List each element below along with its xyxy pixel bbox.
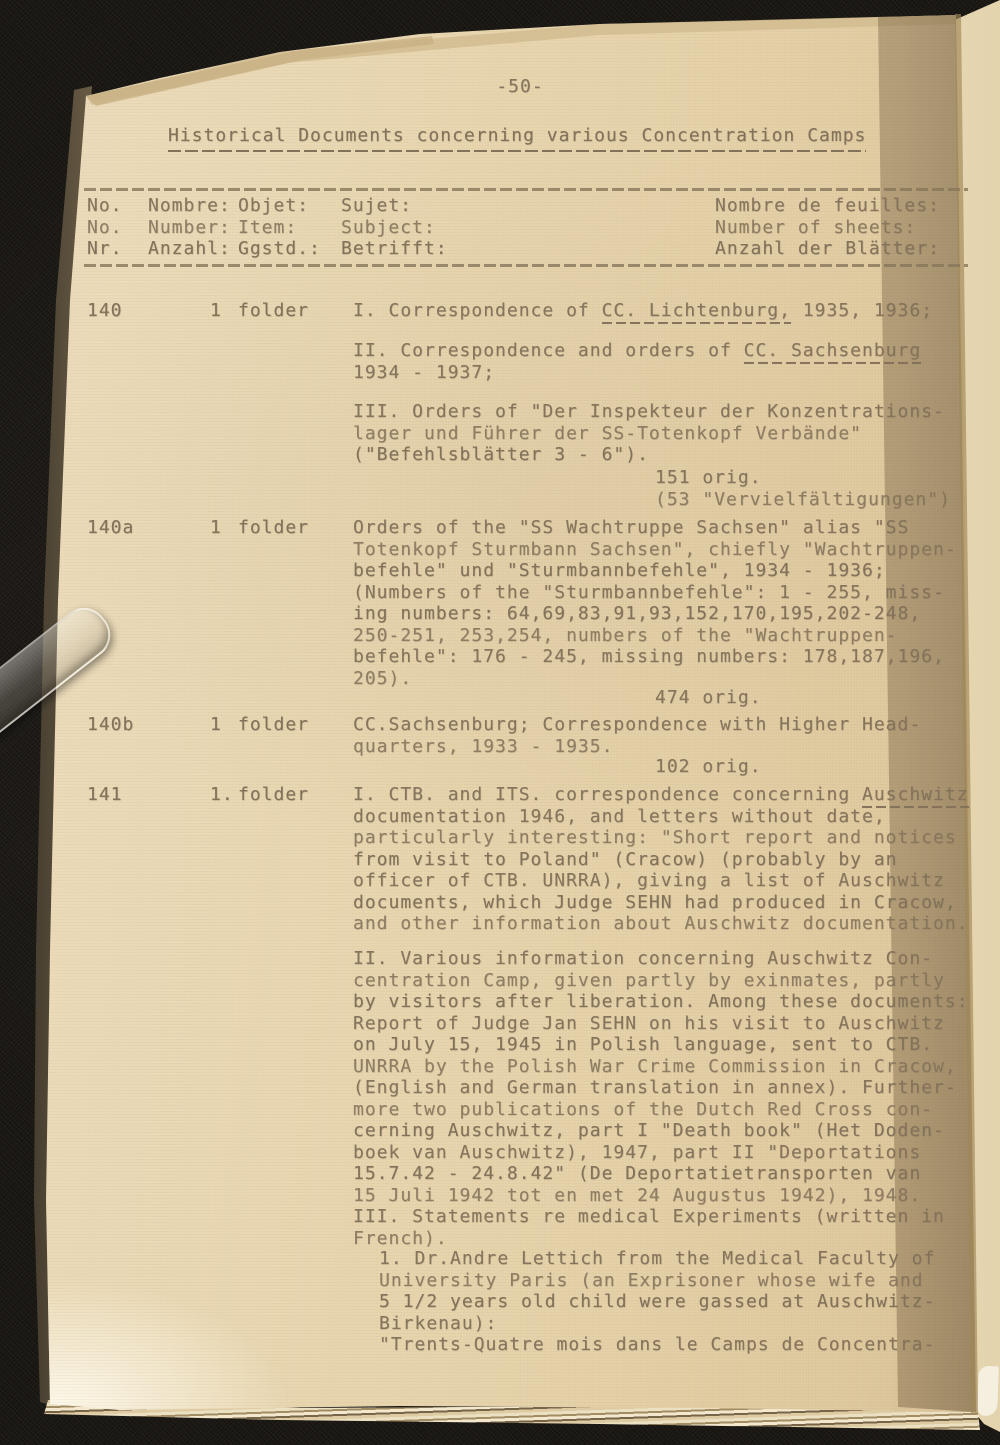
entry-subject: CC.Sachsenburg; Correspondence with High… [353, 714, 993, 757]
entry-item: folder [238, 300, 309, 321]
text-line: more two publications of the Dutch Red C… [353, 1099, 993, 1121]
text-line: III. Statements re medical Experiments (… [353, 1206, 993, 1228]
text-line: 102 orig. [655, 756, 762, 778]
text-line: 151 orig. [655, 467, 951, 489]
text-line: documentation 1946, and letters without … [353, 806, 993, 828]
column-header-no: No.No.Nr. [87, 195, 123, 260]
entry-subject: III. Statements re medical Experiments (… [353, 1206, 993, 1249]
text-line: French). [353, 1228, 993, 1250]
text-line: quarters, 1933 - 1935. [353, 736, 993, 758]
entry-number: 140a [87, 517, 134, 538]
text-line: befehle" und "Sturmbannbefehle", 1934 - … [353, 560, 993, 582]
text-line: Sujet: [341, 195, 448, 217]
text-line: Ggstd.: [238, 238, 321, 260]
text-line: Number: [148, 217, 231, 239]
column-header-item: Objet:Item:Ggstd.: [238, 195, 321, 260]
text-line: III. Orders of "Der Inspekteur der Konze… [353, 401, 993, 423]
text-line: 15.7.42 - 24.8.42" (De Deportatietranspo… [353, 1163, 993, 1185]
sheet-count: 474 orig. [655, 687, 762, 709]
text-line: Nr. [87, 238, 123, 260]
page-number: -50- [470, 76, 570, 98]
text-line: Objet: [238, 195, 321, 217]
text-line: (Numbers of the "Sturmbannbefehle": 1 - … [353, 582, 993, 604]
text-line: boek van Auschwitz), 1947, part II "Depo… [353, 1142, 993, 1164]
scanned-archive-page-photo: -50- Historical Documents concerning var… [0, 0, 1000, 1445]
text-line: 250-251, 253,254, numbers of the "Wachtr… [353, 625, 993, 647]
entry-number: 140b [87, 714, 134, 735]
text-line: Totenkopf Sturmbann Sachsen", chiefly "W… [353, 539, 993, 561]
text-line: on July 15, 1945 in Polish language, sen… [353, 1034, 993, 1056]
entry-subject-quote: "Trents-Quatre mois dans le Camps de Con… [379, 1334, 993, 1356]
entry-quantity: 1 [210, 300, 222, 321]
text-line: ("Befehlsblätter 3 - 6"). [353, 444, 993, 466]
text-line: Anzahl der Blätter: [715, 238, 940, 260]
text-line: CC.Sachsenburg; Correspondence with High… [353, 714, 993, 736]
text-line: "Trents-Quatre mois dans le Camps de Con… [379, 1334, 993, 1356]
text-line: Birkenau): [379, 1313, 993, 1335]
entry-subject: Orders of the "SS Wachtruppe Sachsen" al… [353, 517, 993, 689]
text-line: 1. Dr.Andre Lettich from the Medical Fac… [379, 1248, 993, 1270]
text-line: centration Camp, given partly by exinmat… [353, 970, 993, 992]
entry-quantity: 1 [210, 714, 222, 735]
text-line: 15 Juli 1942 tot en met 24 Augustus 1942… [353, 1185, 993, 1207]
text-line: (53 "Vervielfältigungen") [655, 489, 951, 511]
adjacent-page-corner [977, 1366, 999, 1417]
text-line: Nombre de feuilles: [715, 195, 940, 217]
text-line: I. CTB. and ITS. correspondence concerni… [353, 784, 993, 806]
entry-subject: II. Correspondence and orders of CC. Sac… [353, 340, 993, 383]
header-rule-top [84, 188, 968, 191]
text-line: Number of sheets: [715, 217, 940, 239]
text-line: from visit to Poland" (Cracow) (probably… [353, 849, 993, 871]
text-line: and other information about Auschwitz do… [353, 913, 993, 935]
text-line: 205). [353, 668, 993, 690]
entry-subject: II. Various information concerning Ausch… [353, 948, 993, 1206]
text-line: Nombre: [148, 195, 231, 217]
text-line: I. Correspondence of CC. Lichtenburg, 19… [353, 300, 993, 322]
underlined-camp-name: CC. Sachsenburg [744, 340, 922, 364]
text-line: II. Various information concerning Ausch… [353, 948, 993, 970]
column-header-sheets: Nombre de feuilles:Number of sheets:Anza… [715, 195, 940, 260]
text-line: by visitors after liberation. Among thes… [353, 991, 993, 1013]
entry-subject: I. Correspondence of CC. Lichtenburg, 19… [353, 300, 993, 322]
entry-item: folder [238, 784, 309, 805]
column-header-quantity: Nombre:Number:Anzahl: [148, 195, 231, 260]
text-line: (English and German translation in annex… [353, 1077, 993, 1099]
text-line: 1934 - 1937; [353, 362, 993, 384]
text-line: Anzahl: [148, 238, 231, 260]
text-line: cerning Auschwitz, part I "Death book" (… [353, 1120, 993, 1142]
entry-number: 141 [87, 784, 123, 805]
column-header-subject: Sujet:Subject:Betrifft: [341, 195, 448, 260]
entry-item: folder [238, 714, 309, 735]
page-number-label: -50- [470, 76, 570, 98]
text-line: ing numbers: 64,69,83,91,93,152,170,195,… [353, 603, 993, 625]
entry-subject-subitem: 1. Dr.Andre Lettich from the Medical Fac… [379, 1248, 993, 1334]
text-line: lager und Führer der SS-Totenkopf Verbän… [353, 423, 993, 445]
entry-subject: I. CTB. and ITS. correspondence concerni… [353, 784, 993, 935]
entry-subject: III. Orders of "Der Inspekteur der Konze… [353, 401, 993, 466]
text-line: University Paris (an Exprisoner whose wi… [379, 1270, 993, 1292]
text-line: Report of Judge Jan SEHN on his visit to… [353, 1013, 993, 1035]
header-rule-bottom [84, 264, 968, 267]
text-line: Item: [238, 217, 321, 239]
text-line: 5 1/2 years old child were gassed at Aus… [379, 1291, 993, 1313]
underlined-camp-name: Auschwitz [862, 784, 969, 808]
entry-quantity: 1 [210, 517, 222, 538]
text-line: officer of CTB. UNRRA), giving a list of… [353, 870, 993, 892]
underlined-camp-name: CC. Lichtenburg, [602, 300, 791, 324]
text-line: II. Correspondence and orders of CC. Sac… [353, 340, 993, 362]
sheet-count: 102 orig. [655, 756, 762, 778]
text-line: befehle": 176 - 245, missing numbers: 17… [353, 646, 993, 668]
text-line: particularly interesting: "Short report … [353, 827, 993, 849]
text-line: Subject: [341, 217, 448, 239]
document-title-text: Historical Documents concerning various … [168, 125, 866, 152]
text-line: 474 orig. [655, 687, 762, 709]
text-line: UNRRA by the Polish War Crime Commission… [353, 1056, 993, 1078]
entry-quantity: 1. [210, 784, 234, 805]
entry-number: 140 [87, 300, 123, 321]
text-line: No. [87, 217, 123, 239]
text-line: documents, which Judge SEHN had produced… [353, 892, 993, 914]
text-line: Betrifft: [341, 238, 448, 260]
document-title: Historical Documents concerning various … [168, 125, 866, 146]
text-line: Orders of the "SS Wachtruppe Sachsen" al… [353, 517, 993, 539]
sheet-count: 151 orig.(53 "Vervielfältigungen") [655, 467, 951, 510]
text-line: No. [87, 195, 123, 217]
entry-item: folder [238, 517, 309, 538]
